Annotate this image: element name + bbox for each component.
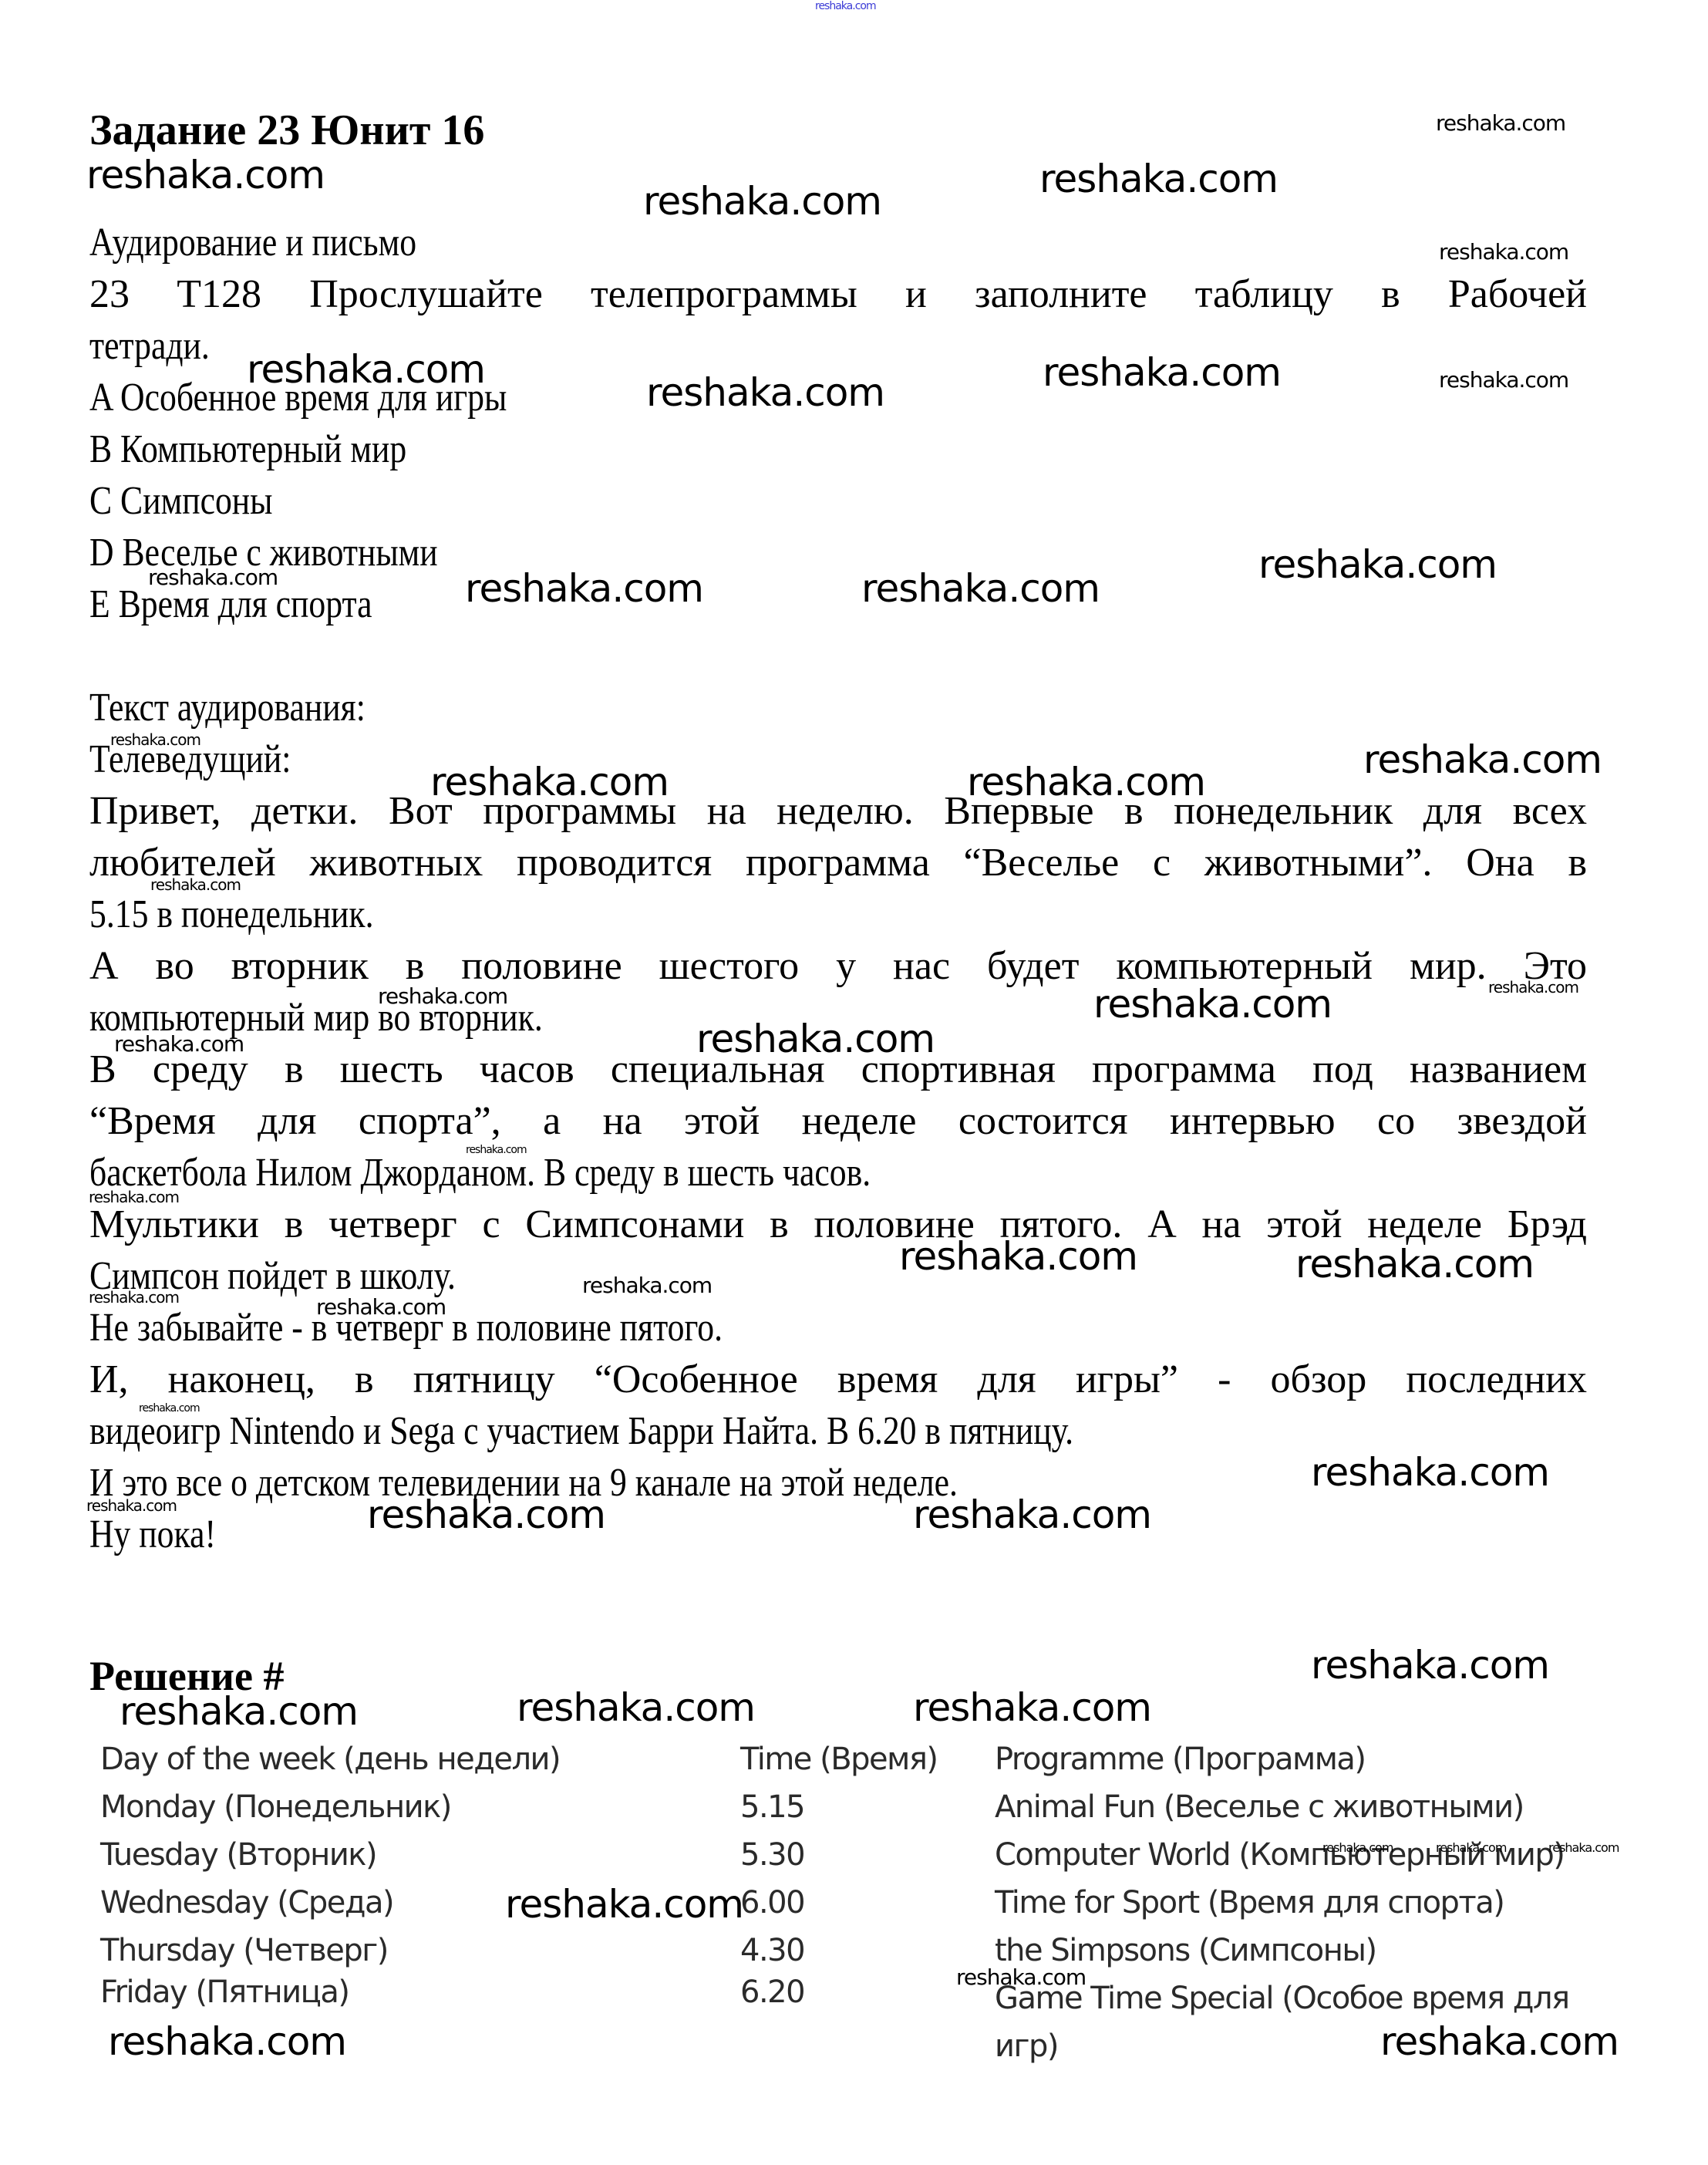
cell-day: Monday (Понедельник) (100, 1783, 740, 1831)
option-c: C Симпсоны (89, 476, 273, 527)
watermark: reshaka.com (1380, 2019, 1619, 2064)
watermark: reshaka.com (1311, 1450, 1549, 1495)
cell-day: Tuesday (Вторник) (100, 1831, 740, 1879)
cell-time: 5.30 (740, 1831, 995, 1879)
watermark: reshaka.com (1322, 1840, 1393, 1855)
instruction-line-1: 23 T128 Прослушайте телепрограммы и запо… (89, 269, 1587, 320)
cell-programme: Computer World (Компьютерный мир) (995, 1831, 1627, 1879)
watermark: reshaka.com (1258, 542, 1497, 587)
watermark: reshaka.com (86, 153, 325, 197)
watermark: reshaka.com (582, 1273, 712, 1298)
watermark: reshaka.com (861, 566, 1100, 611)
watermark: reshaka.com (316, 1294, 446, 1320)
transcript-line: Привет, детки. Вот программы на неделю. … (89, 786, 1587, 837)
cell-programme: Time for Sport (Время для спорта) (995, 1879, 1627, 1927)
page-title: Задание 23 Юнит 16 (89, 105, 484, 156)
option-b: B Компьютерный мир (89, 424, 406, 475)
watermark: reshaka.com (466, 1144, 527, 1156)
watermark: reshaka.com (1039, 157, 1278, 201)
watermark: reshaka.com (1436, 110, 1565, 136)
column-header-day: Day of the week (день недели) (100, 1735, 740, 1783)
transcript-line: видеоигр Nintendo и Sega с участием Барр… (89, 1406, 1073, 1457)
transcript-line: любителей животных проводится программа … (89, 838, 1587, 889)
column-header-programme: Programme (Программа) (995, 1735, 1627, 1783)
watermark-top: reshaka.com (815, 0, 876, 12)
cell-day: Thursday (Четверг) (100, 1927, 740, 1974)
watermark: reshaka.com (696, 1017, 935, 1061)
instruction-line-2: тетради. (89, 321, 210, 372)
watermark: reshaka.com (247, 347, 485, 392)
section-heading: Аудирование и письмо (89, 218, 416, 268)
column-header-time: Time (Время) (740, 1735, 995, 1783)
watermark: reshaka.com (1311, 1643, 1549, 1688)
watermark: reshaka.com (114, 1031, 244, 1057)
watermark: reshaka.com (1363, 737, 1602, 782)
watermark: reshaka.com (913, 1492, 1151, 1537)
transcript-line: Ну пока! (89, 1509, 216, 1560)
cell-programme: the Simpsons (Симпсоны) (995, 1927, 1627, 1974)
watermark: reshaka.com (505, 1882, 743, 1927)
watermark: reshaka.com (967, 760, 1205, 804)
transcript-line: И, наконец, в пятницу “Особенное время д… (89, 1354, 1587, 1405)
watermark: reshaka.com (1295, 1242, 1534, 1287)
watermark: reshaka.com (956, 1964, 1086, 1990)
watermark: reshaka.com (89, 1188, 179, 1206)
watermark: reshaka.com (913, 1685, 1151, 1730)
watermark: reshaka.com (643, 179, 881, 224)
watermark: reshaka.com (1436, 1840, 1506, 1855)
watermark: reshaka.com (646, 370, 884, 415)
watermark: reshaka.com (517, 1685, 755, 1730)
transcript-line: 5.15 в понедельник. (89, 889, 374, 940)
cell-time: 6.00 (740, 1879, 995, 1927)
watermark: reshaka.com (1488, 978, 1578, 997)
watermark: reshaka.com (378, 983, 507, 1009)
watermark: reshaka.com (139, 1402, 200, 1415)
table-row: Thursday (Четверг) 4.30 the Simpsons (Си… (100, 1927, 1627, 1974)
transcript-heading: Текст аудирования: (89, 683, 366, 733)
watermark: reshaka.com (1439, 367, 1568, 393)
watermark: reshaka.com (899, 1234, 1137, 1279)
transcript-line: “Время для спорта”, а на этой неделе сос… (89, 1096, 1587, 1147)
watermark: reshaka.com (1093, 982, 1332, 1027)
watermark: reshaka.com (89, 1288, 179, 1307)
table-header-row: Day of the week (день недели) Time (Врем… (100, 1735, 1627, 1783)
cell-programme: Animal Fun (Веселье с животными) (995, 1783, 1627, 1831)
document-page: reshaka.com Задание 23 Юнит 16 Аудирован… (0, 0, 1708, 2165)
watermark: reshaka.com (1043, 350, 1281, 395)
watermark: reshaka.com (110, 730, 200, 749)
watermark: reshaka.com (148, 565, 278, 590)
watermark: reshaka.com (367, 1492, 605, 1537)
watermark: reshaka.com (465, 566, 703, 611)
watermark: reshaka.com (1548, 1840, 1619, 1855)
watermark: reshaka.com (430, 760, 669, 804)
watermark: reshaka.com (150, 875, 241, 894)
transcript-line: А во вторник в половине шестого у нас бу… (89, 941, 1587, 992)
table-row: Wednesday (Среда) 6.00 Time for Sport (В… (100, 1879, 1627, 1927)
watermark: reshaka.com (108, 2019, 346, 2064)
table-row: Monday (Понедельник) 5.15 Animal Fun (Ве… (100, 1783, 1627, 1831)
table-row: Tuesday (Вторник) 5.30 Computer World (К… (100, 1831, 1627, 1879)
watermark: reshaka.com (1439, 239, 1568, 265)
cell-time: 5.15 (740, 1783, 995, 1831)
watermark: reshaka.com (86, 1496, 177, 1515)
watermark: reshaka.com (120, 1689, 358, 1734)
